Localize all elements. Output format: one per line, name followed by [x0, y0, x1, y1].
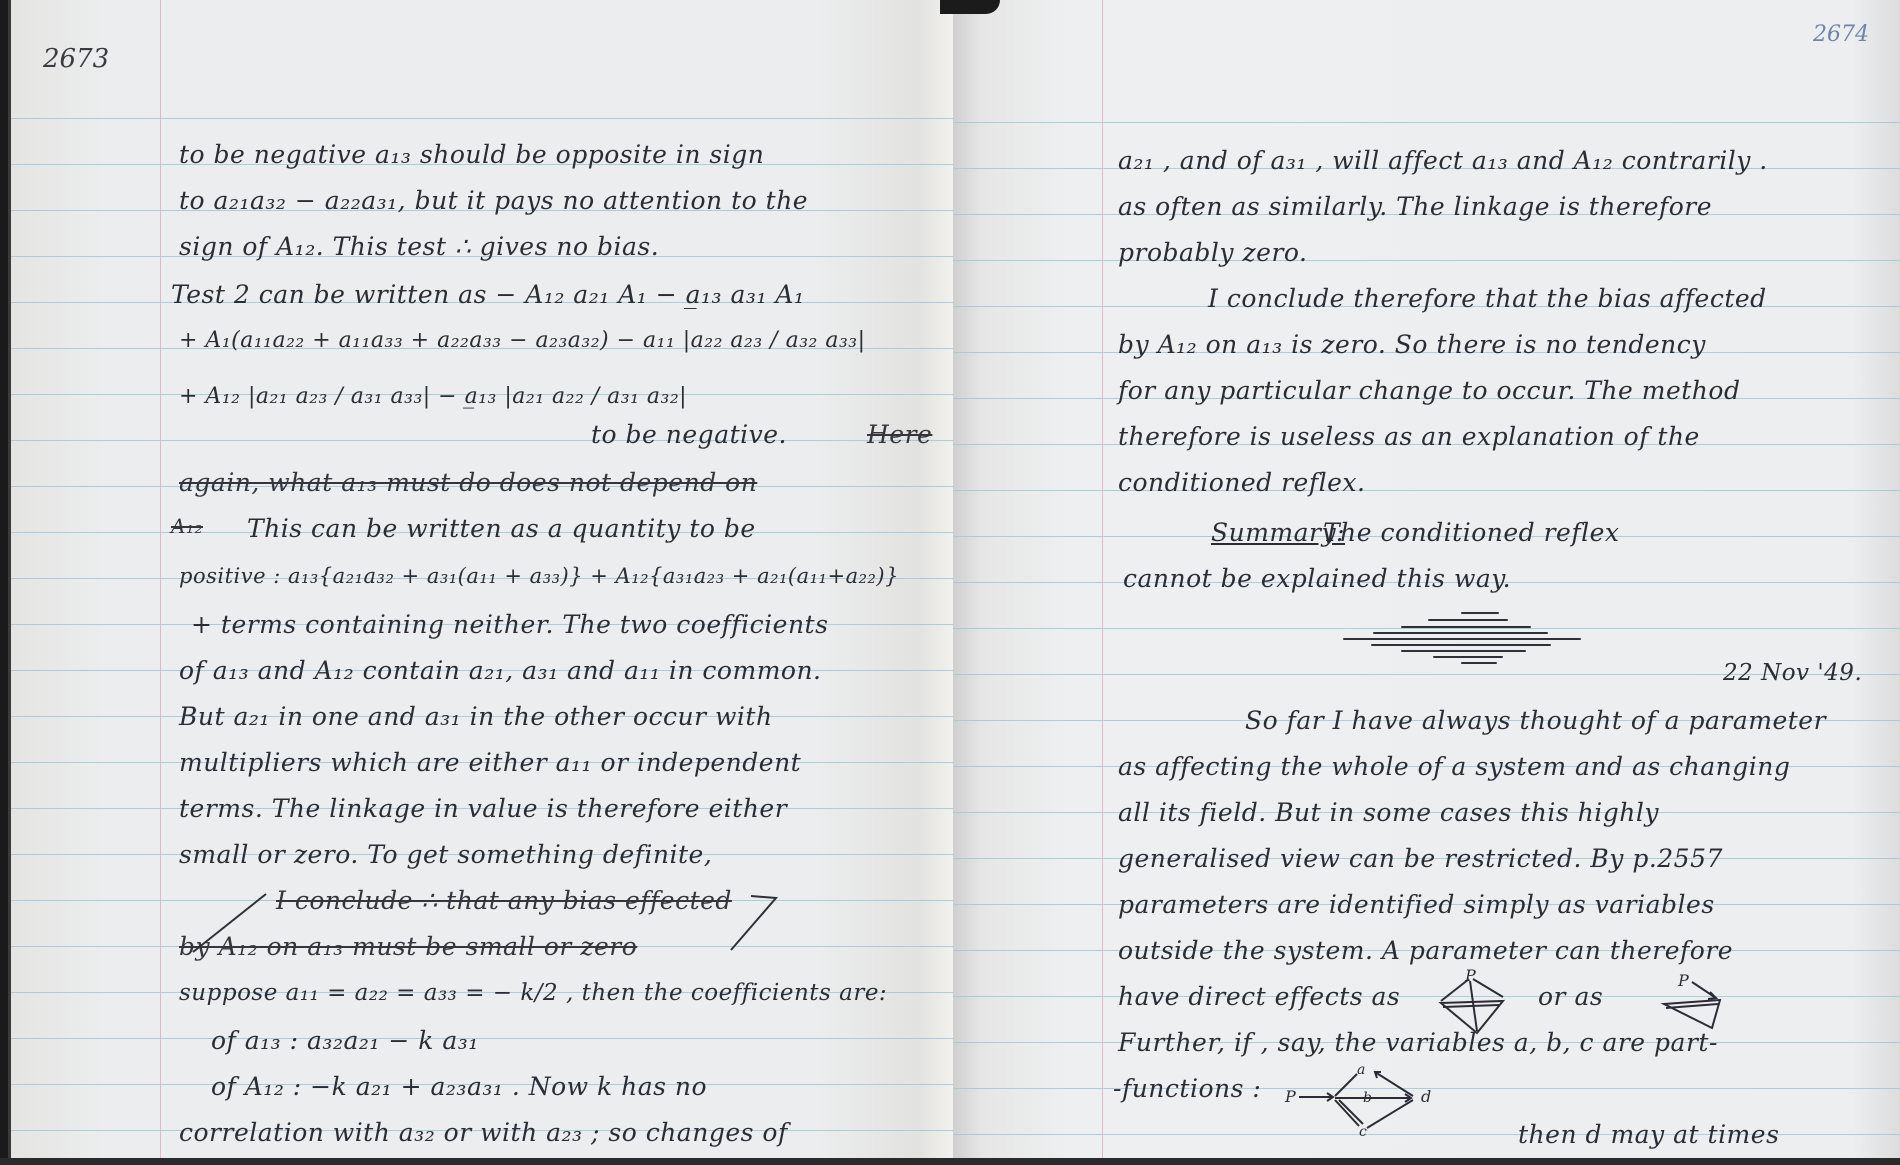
text-line: But a₂₁ in one and a₃₁ in the other occu…	[179, 702, 773, 731]
text-line: I conclude therefore that the bias affec…	[1208, 284, 1767, 313]
text-line: -functions :	[1113, 1074, 1261, 1103]
text-line: to a₂₁a₃₂ − a₂₂a₃₁, but it pays no atten…	[179, 186, 808, 215]
text-line: of A₁₂ : −k a₂₁ + a₂₃a₃₁ . Now k has no	[211, 1072, 707, 1101]
text-line: parameters are identified simply as vari…	[1118, 890, 1715, 919]
part-functions-diagram: P a b c d	[1283, 1060, 1443, 1140]
text-line: suppose a₁₁ = a₂₂ = a₃₃ = − k/2 , then t…	[179, 980, 887, 1006]
page-number: 2673	[43, 44, 109, 74]
text-line: Test 2 can be written as − A₁₂ a₂₁ A₁ − …	[171, 280, 804, 309]
text-line: Further, if , say, the variables a, b, c…	[1118, 1028, 1718, 1057]
text-line: conditioned reflex.	[1118, 468, 1365, 497]
text-line: or as	[1538, 982, 1603, 1011]
binding-shadow	[940, 0, 1000, 14]
page-number: 2674	[1813, 22, 1869, 47]
text-line: as often as similarly. The linkage is th…	[1118, 192, 1712, 221]
strikeout-bracket	[171, 880, 951, 970]
text-line: as affecting the whole of a system and a…	[1118, 752, 1790, 781]
text-line: to be negative.	[591, 420, 787, 449]
text-line: by A₁₂ on a₁₃ is zero. So there is no te…	[1118, 330, 1706, 359]
left-page: 2673 to be negative a₁₃ should be opposi…	[8, 0, 956, 1158]
struck-text: A₁₂	[171, 514, 203, 538]
book-bottom-edge	[0, 1158, 1900, 1165]
text-line: small or zero. To get something definite…	[179, 840, 712, 869]
svg-text:a: a	[1357, 1062, 1365, 1078]
margin-line	[160, 0, 161, 1158]
text-line: This can be written as a quantity to be	[247, 514, 756, 543]
date-entry: 22 Nov '49.	[1723, 660, 1862, 686]
right-page: 2674 a₂₁ , and of a₃₁ , will affect a₁₃ …	[953, 0, 1900, 1158]
svg-text:P: P	[1284, 1087, 1296, 1106]
margin-line	[1102, 0, 1103, 1158]
text-line: therefore is useless as an explanation o…	[1118, 422, 1700, 451]
text-line: outside the system. A parameter can ther…	[1118, 936, 1733, 965]
text-line: to be negative a₁₃ should be opposite in…	[179, 140, 764, 169]
equation-line: + A₁(a₁₁a₂₂ + a₁₁a₃₃ + a₂₂a₃₃ − a₂₃a₃₂) …	[179, 328, 866, 353]
text-line: of a₁₃ and A₁₂ contain a₂₁, a₃₁ and a₁₁ …	[179, 656, 822, 685]
svg-text:d: d	[1421, 1087, 1431, 1106]
text-line: all its field. But in some cases this hi…	[1118, 798, 1659, 827]
text-line: correlation with a₃₂ or with a₂₃ ; so ch…	[179, 1118, 788, 1147]
text-line: a₂₁ , and of a₃₁ , will affect a₁₃ and A…	[1118, 146, 1768, 175]
text-line: terms. The linkage in value is therefore…	[179, 794, 787, 823]
struck-text: Here	[867, 420, 932, 449]
svg-text:P: P	[1677, 971, 1689, 990]
text-line: multipliers which are either a₁₁ or inde…	[179, 748, 801, 777]
text-line: have direct effects as	[1118, 982, 1400, 1011]
text-line: sign of A₁₂. This test ∴ gives no bias.	[179, 232, 659, 261]
text-line: for any particular change to occur. The …	[1118, 376, 1740, 405]
text-line: probably zero.	[1118, 238, 1307, 267]
notebook-spread: 2673 to be negative a₁₃ should be opposi…	[0, 0, 1900, 1165]
equation-line: + A₁₂ |a₂₁ a₂₃ / a₃₁ a₃₃| − a̲₁₃ |a₂₁ a₂…	[179, 384, 687, 409]
svg-text:c: c	[1359, 1124, 1367, 1140]
text-line: + terms containing neither. The two coef…	[191, 610, 828, 639]
text-line: then d may at times	[1518, 1120, 1779, 1149]
text-line: The conditioned reflex	[1323, 518, 1620, 547]
equation-line: positive : a₁₃{a₂₁a₃₂ + a₃₁(a₁₁ + a₃₃)} …	[179, 564, 899, 588]
text-line: cannot be explained this way.	[1123, 564, 1511, 593]
text-line: generalised view can be restricted. By p…	[1118, 844, 1723, 873]
struck-text: again, what a₁₃ must do does not depend …	[179, 468, 757, 497]
text-line: So far I have always thought of a parame…	[1245, 706, 1826, 735]
text-line: of a₁₃ : a₃₂a₂₁ − k a₃₁	[211, 1026, 479, 1055]
